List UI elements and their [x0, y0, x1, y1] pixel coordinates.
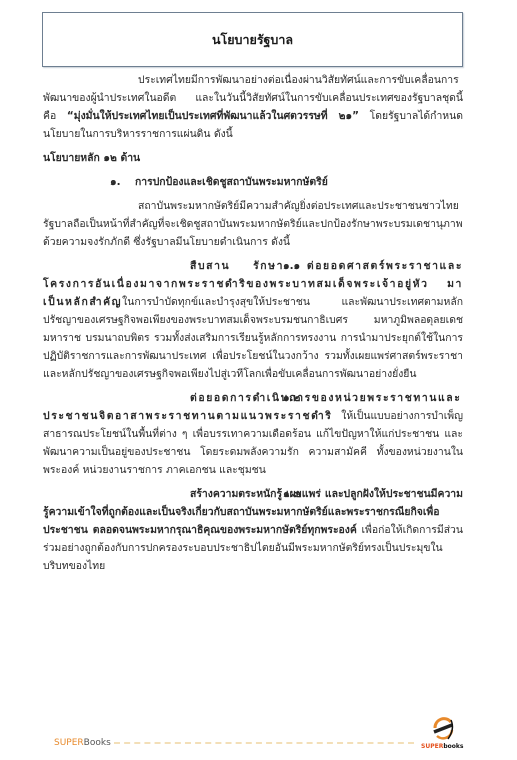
subsection-1-1: ๑.๑สืบสาน รักษา ต่อยอดศาสตร์พระราชาและโค… — [43, 257, 463, 383]
intro-paragraph: ประเทศไทยมีการพัฒนาอย่างต่อเนื่องผ่านวิส… — [43, 71, 463, 143]
brand-super: SUPER — [54, 738, 84, 748]
logo-super: SUPER — [421, 743, 443, 750]
section-1-body: สถาบันพระมหากษัตริย์มีความสำคัญยิ่งต่อปร… — [43, 197, 463, 251]
subsection-number: ๑.๓ — [163, 485, 190, 503]
subsection-text: ในการบำบัดทุกข์และบำรุงสุขให้ประชาชน และ… — [43, 296, 463, 380]
main-heading: นโยบายหลัก ๑๒ ด้าน — [43, 149, 463, 167]
page-footer: SUPERBooks — [54, 736, 414, 750]
footer-dashed-divider — [114, 742, 414, 744]
subsection-1-3: ๑.๓สร้างความตระหนักรู้ เผยแพร่ และปลูกฝั… — [43, 485, 463, 575]
logo-books: books — [443, 743, 463, 750]
title-box: นโยบายรัฐบาล — [42, 12, 463, 67]
vision-quote: “มุ่งมั่นให้ประเทศไทยเป็นประเทศที่พัฒนาแ… — [67, 110, 359, 122]
brand-books: Books — [84, 738, 111, 748]
section-number: ๑. — [110, 173, 135, 191]
subsection-1-2: ๑.๒ต่อยอดการดำเนินการของหน่วยพระราชทานแล… — [43, 389, 463, 479]
footer-brand: SUPERBooks — [54, 738, 111, 748]
document-body: ประเทศไทยมีการพัฒนาอย่างต่อเนื่องผ่านวิส… — [43, 71, 463, 575]
section-1-heading: ๑.การปกป้องและเชิดชูสถาบันพระมหากษัตริย์ — [43, 173, 463, 191]
section-title: การปกป้องและเชิดชูสถาบันพระมหากษัตริย์ — [135, 176, 328, 188]
logo-swoosh-icon — [421, 716, 465, 742]
subsection-number: ๑.๑ — [163, 257, 190, 275]
superbooks-logo: SUPERbooks — [421, 716, 465, 750]
page-title: นโยบายรัฐบาล — [212, 30, 293, 50]
subsection-number: ๑.๒ — [163, 389, 190, 407]
logo-text: SUPERbooks — [421, 743, 463, 750]
document-page: นโยบายรัฐบาล ประเทศไทยมีการพัฒนาอย่างต่อ… — [0, 0, 517, 760]
